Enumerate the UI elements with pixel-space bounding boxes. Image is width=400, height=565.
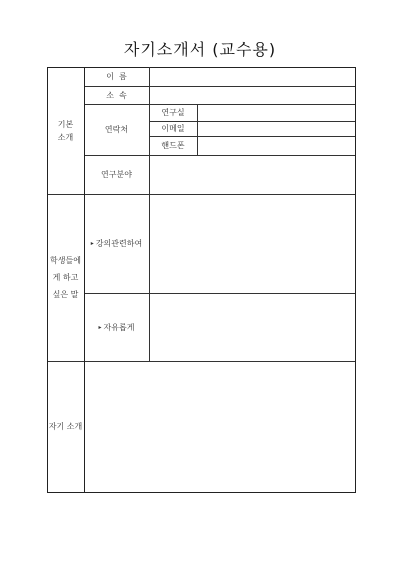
bullet-icon: ▸ — [91, 237, 94, 250]
affiliation-field[interactable] — [150, 87, 355, 104]
email-field[interactable] — [198, 122, 355, 136]
free-label: ▸ 자유롭게 — [84, 293, 149, 361]
table-border-bottom — [47, 492, 356, 493]
lecture-field[interactable] — [150, 195, 355, 293]
name-field[interactable] — [150, 68, 355, 86]
research-field[interactable] — [150, 156, 355, 194]
basic-section-label: 기본 소개 — [47, 67, 84, 194]
research-label: 연구분야 — [84, 155, 149, 194]
affiliation-label: 소 속 — [84, 86, 149, 104]
bullet-icon: ▸ — [99, 321, 102, 334]
office-field[interactable] — [198, 105, 355, 121]
name-label: 이 름 — [84, 67, 149, 86]
table-border-right — [355, 67, 356, 493]
message-section-label: 학생들에 게 하고 싶은 말 — [47, 194, 84, 361]
office-label: 연구실 — [149, 104, 197, 121]
contact-label: 연락처 — [84, 104, 149, 155]
phone-field[interactable] — [198, 137, 355, 155]
phone-label: 핸드폰 — [149, 136, 197, 155]
free-field[interactable] — [150, 294, 355, 361]
page-title: 자기소개서 (교수용) — [0, 37, 400, 60]
email-label: 이메일 — [149, 121, 197, 136]
intro-section-label: 자기 소개 — [47, 361, 84, 492]
lecture-label: ▸ 강의관련하여 — [84, 194, 149, 293]
intro-field[interactable] — [85, 362, 355, 492]
